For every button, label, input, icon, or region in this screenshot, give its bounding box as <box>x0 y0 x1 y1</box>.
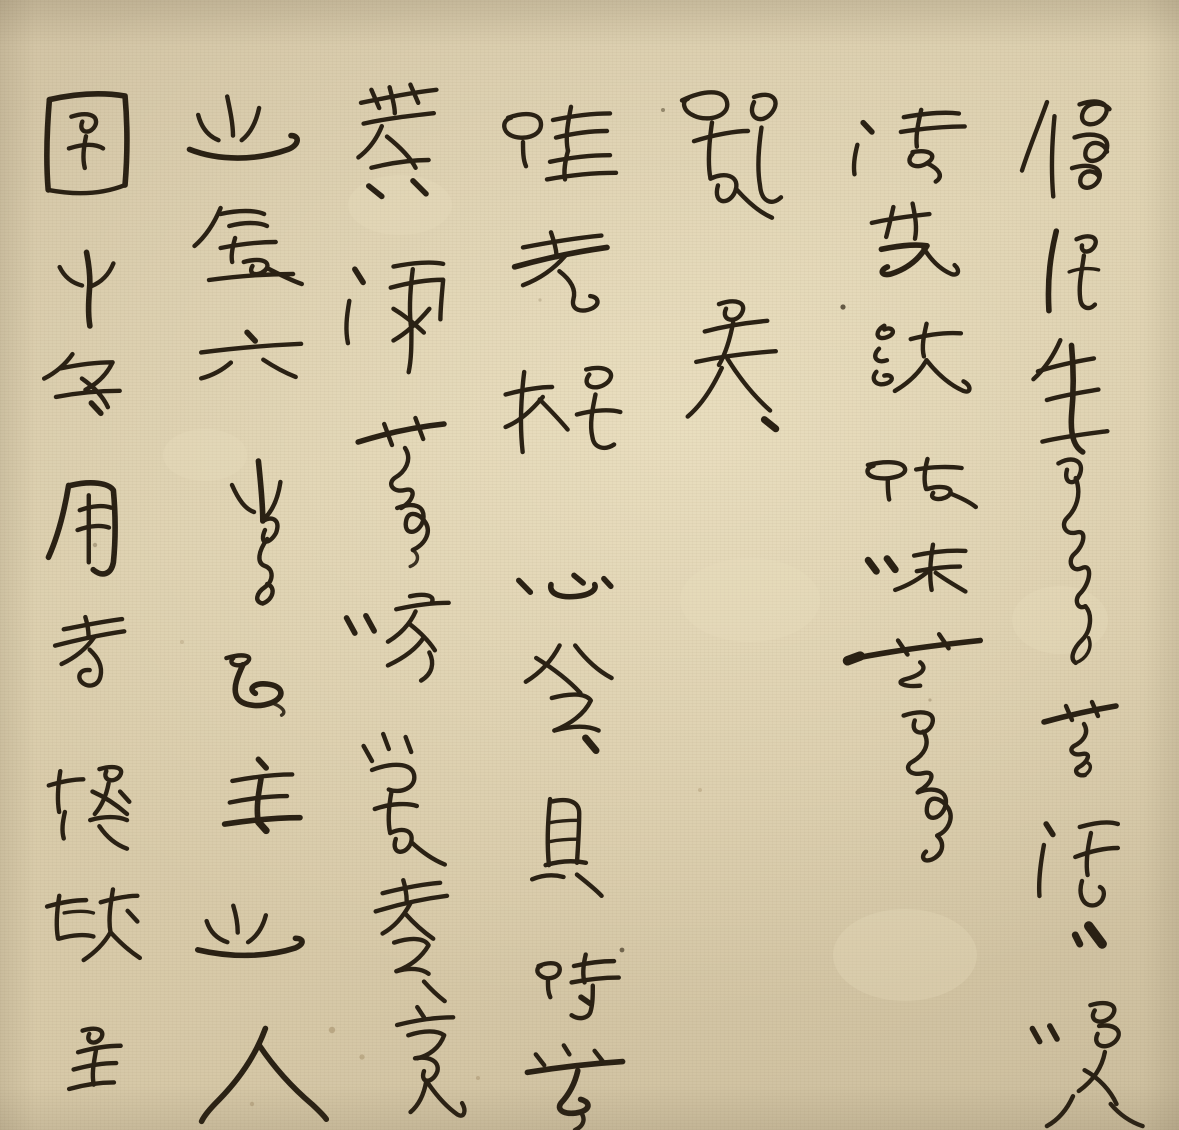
glyph-col2-char7 <box>904 712 951 860</box>
glyph-col4-char8 <box>527 1045 622 1130</box>
glyph-col1-char5 <box>1044 702 1116 775</box>
glyph-col7-char8 <box>69 1029 121 1089</box>
glyph-col1-char6 <box>1039 822 1118 944</box>
glyph-col7-char4 <box>48 483 115 574</box>
ink-layer: Chinese calligraphy manuscript detail, c… <box>0 0 1179 1130</box>
glyph-col3-char2 <box>688 301 776 428</box>
glyph-col6-char8 <box>202 1028 327 1121</box>
glyph-col4-char3 <box>506 368 621 452</box>
glyph-col6-char3 <box>201 332 301 378</box>
glyph-col7-char1 <box>47 94 127 193</box>
glyph-col4-char6 <box>532 799 601 896</box>
calligraphy-scan: Chinese calligraphy manuscript detail, c… <box>0 0 1179 1130</box>
glyph-col4-char5 <box>526 646 612 751</box>
glyph-col3-char1 <box>682 92 781 217</box>
glyph-col2-char3 <box>874 324 970 392</box>
glyph-col5-char5 <box>364 734 445 865</box>
column-4: 畦老樹心各具時尚 <box>504 107 622 1130</box>
glyph-col7-char2 <box>60 252 114 326</box>
paper-mottling <box>163 175 1108 1001</box>
glyph-col5-char4 <box>347 595 449 681</box>
glyph-col5-char2 <box>346 263 443 373</box>
glyph-col6-char6 <box>225 759 300 830</box>
glyph-col6-char2 <box>195 208 302 284</box>
glyph-col5-char3 <box>358 418 444 567</box>
glyph-col4-char4 <box>519 575 611 596</box>
glyph-col6-char4 <box>232 461 280 604</box>
glyph-col1-char2 <box>1048 231 1098 311</box>
glyph-col6-char7 <box>198 906 302 956</box>
glyph-col5-char6 <box>376 880 447 1001</box>
glyph-col2-char4 <box>867 459 975 507</box>
column-3: 觀矣 <box>682 92 781 428</box>
column-5: 黄凍蔓咳覓素竟 <box>346 85 464 1116</box>
glyph-col7-char3 <box>44 354 120 413</box>
glyph-col7-char7 <box>47 889 140 960</box>
glyph-col4-char1 <box>504 107 616 180</box>
glyph-col2-char1 <box>854 110 965 182</box>
glyph-col6-char1 <box>190 97 298 159</box>
glyph-col4-char2 <box>515 232 607 310</box>
glyph-col6-char5 <box>226 655 283 715</box>
glyph-col7-char5 <box>55 617 124 685</box>
column-6: 出壁六當為主出入 <box>190 97 327 1122</box>
glyph-col1-char3 <box>1033 340 1107 452</box>
glyph-col1-char7 <box>1032 1003 1142 1126</box>
glyph-col2-char5 <box>868 545 965 592</box>
glyph-col4-char7 <box>537 955 618 1019</box>
glyph-col7-char6 <box>49 767 130 849</box>
glyph-col1-char1 <box>1022 102 1110 197</box>
column-2: 淺先統野味共鳶 <box>847 110 980 861</box>
glyph-col2-char2 <box>872 204 958 275</box>
glyph-col2-char6 <box>847 634 980 686</box>
column-7: 圃中每用考殘戰是 <box>44 94 140 1089</box>
glyph-col5-char7 <box>397 1007 464 1116</box>
